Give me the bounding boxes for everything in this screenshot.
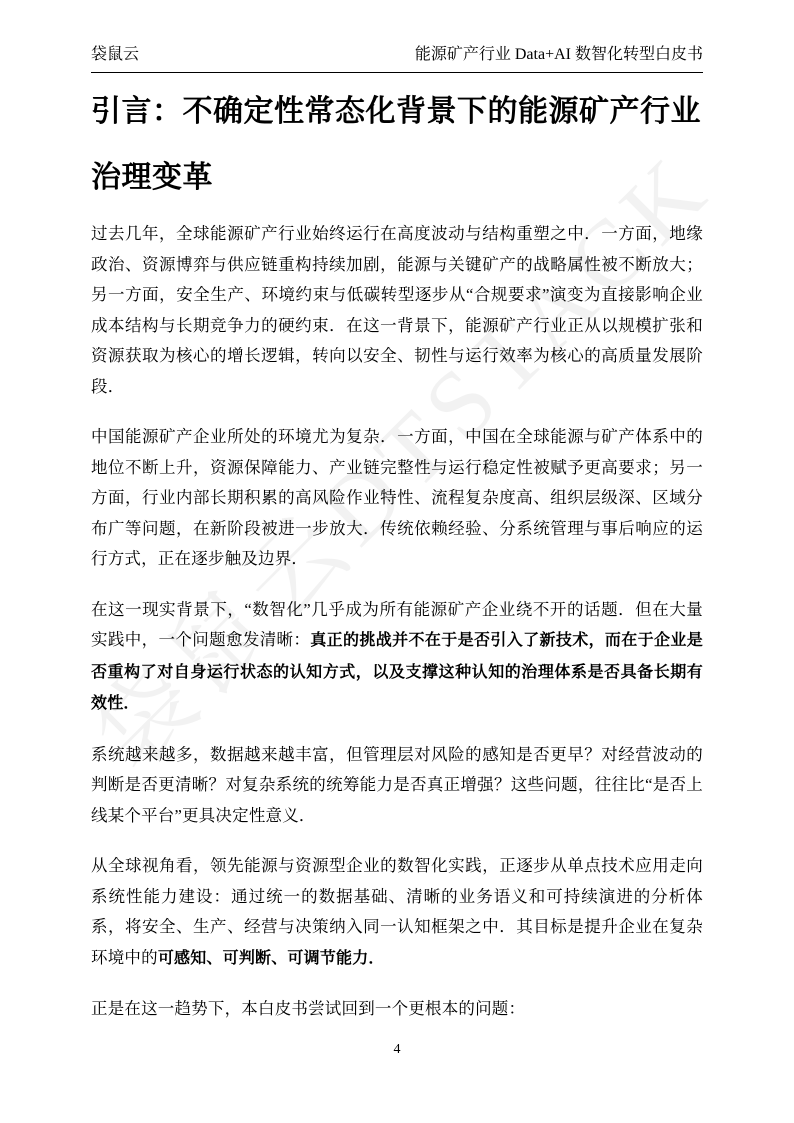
document-page: 袋鼠云DTSTACK 袋鼠云 能源矿产行业 Data+AI 数智化转型白皮书 引… [0, 0, 794, 1123]
document-title: 能源矿产行业 Data+AI 数智化转型白皮书 [415, 45, 703, 65]
paragraph-5-emphasis: 可感知、可判断、可调节能力． [158, 950, 385, 967]
page-footer: 4 [0, 1042, 794, 1058]
header-divider [91, 72, 703, 73]
brand-name: 袋鼠云 [91, 45, 139, 65]
section-heading: 引言：不确定性常态化背景下的能源矿产行业治理变革 [91, 79, 703, 211]
paragraph-5: 从全球视角看，领先能源与资源型企业的数智化实践，正逐步从单点技术应用走向系统性能… [91, 851, 703, 974]
paragraph-1-text: 过去几年，全球能源矿产行业始终运行在高度波动与结构重塑之中．一方面，地缘政治、资… [91, 224, 703, 396]
paragraph-4: 系统越来越多，数据越来越丰富，但管理层对风险的感知是否更早？对经营波动的判断是否… [91, 740, 703, 832]
paragraph-1: 过去几年，全球能源矿产行业始终运行在高度波动与结构重塑之中．一方面，地缘政治、资… [91, 219, 703, 402]
page-number: 4 [394, 1042, 401, 1057]
paragraph-6: 正是在这一趋势下，本白皮书尝试回到一个更根本的问题： [91, 994, 703, 1025]
body-text: 过去几年，全球能源矿产行业始终运行在高度波动与结构重塑之中．一方面，地缘政治、资… [91, 219, 703, 1025]
paragraph-6-text: 正是在这一趋势下，本白皮书尝试回到一个更根本的问题： [91, 999, 525, 1018]
paragraph-2: 中国能源矿产企业所处的环境尤为复杂．一方面，中国在全球能源与矿产体系中的地位不断… [91, 422, 703, 575]
paragraph-3: 在这一现实背景下，“数智化”几乎成为所有能源矿产企业绕不开的话题．但在大量实践中… [91, 595, 703, 720]
paragraph-2-text: 中国能源矿产企业所处的环境尤为复杂．一方面，中国在全球能源与矿产体系中的地位不断… [91, 427, 703, 568]
page-header: 袋鼠云 能源矿产行业 Data+AI 数智化转型白皮书 [91, 0, 703, 65]
paragraph-4-text: 系统越来越多，数据越来越丰富，但管理层对风险的感知是否更早？对经营波动的判断是否… [91, 745, 703, 825]
